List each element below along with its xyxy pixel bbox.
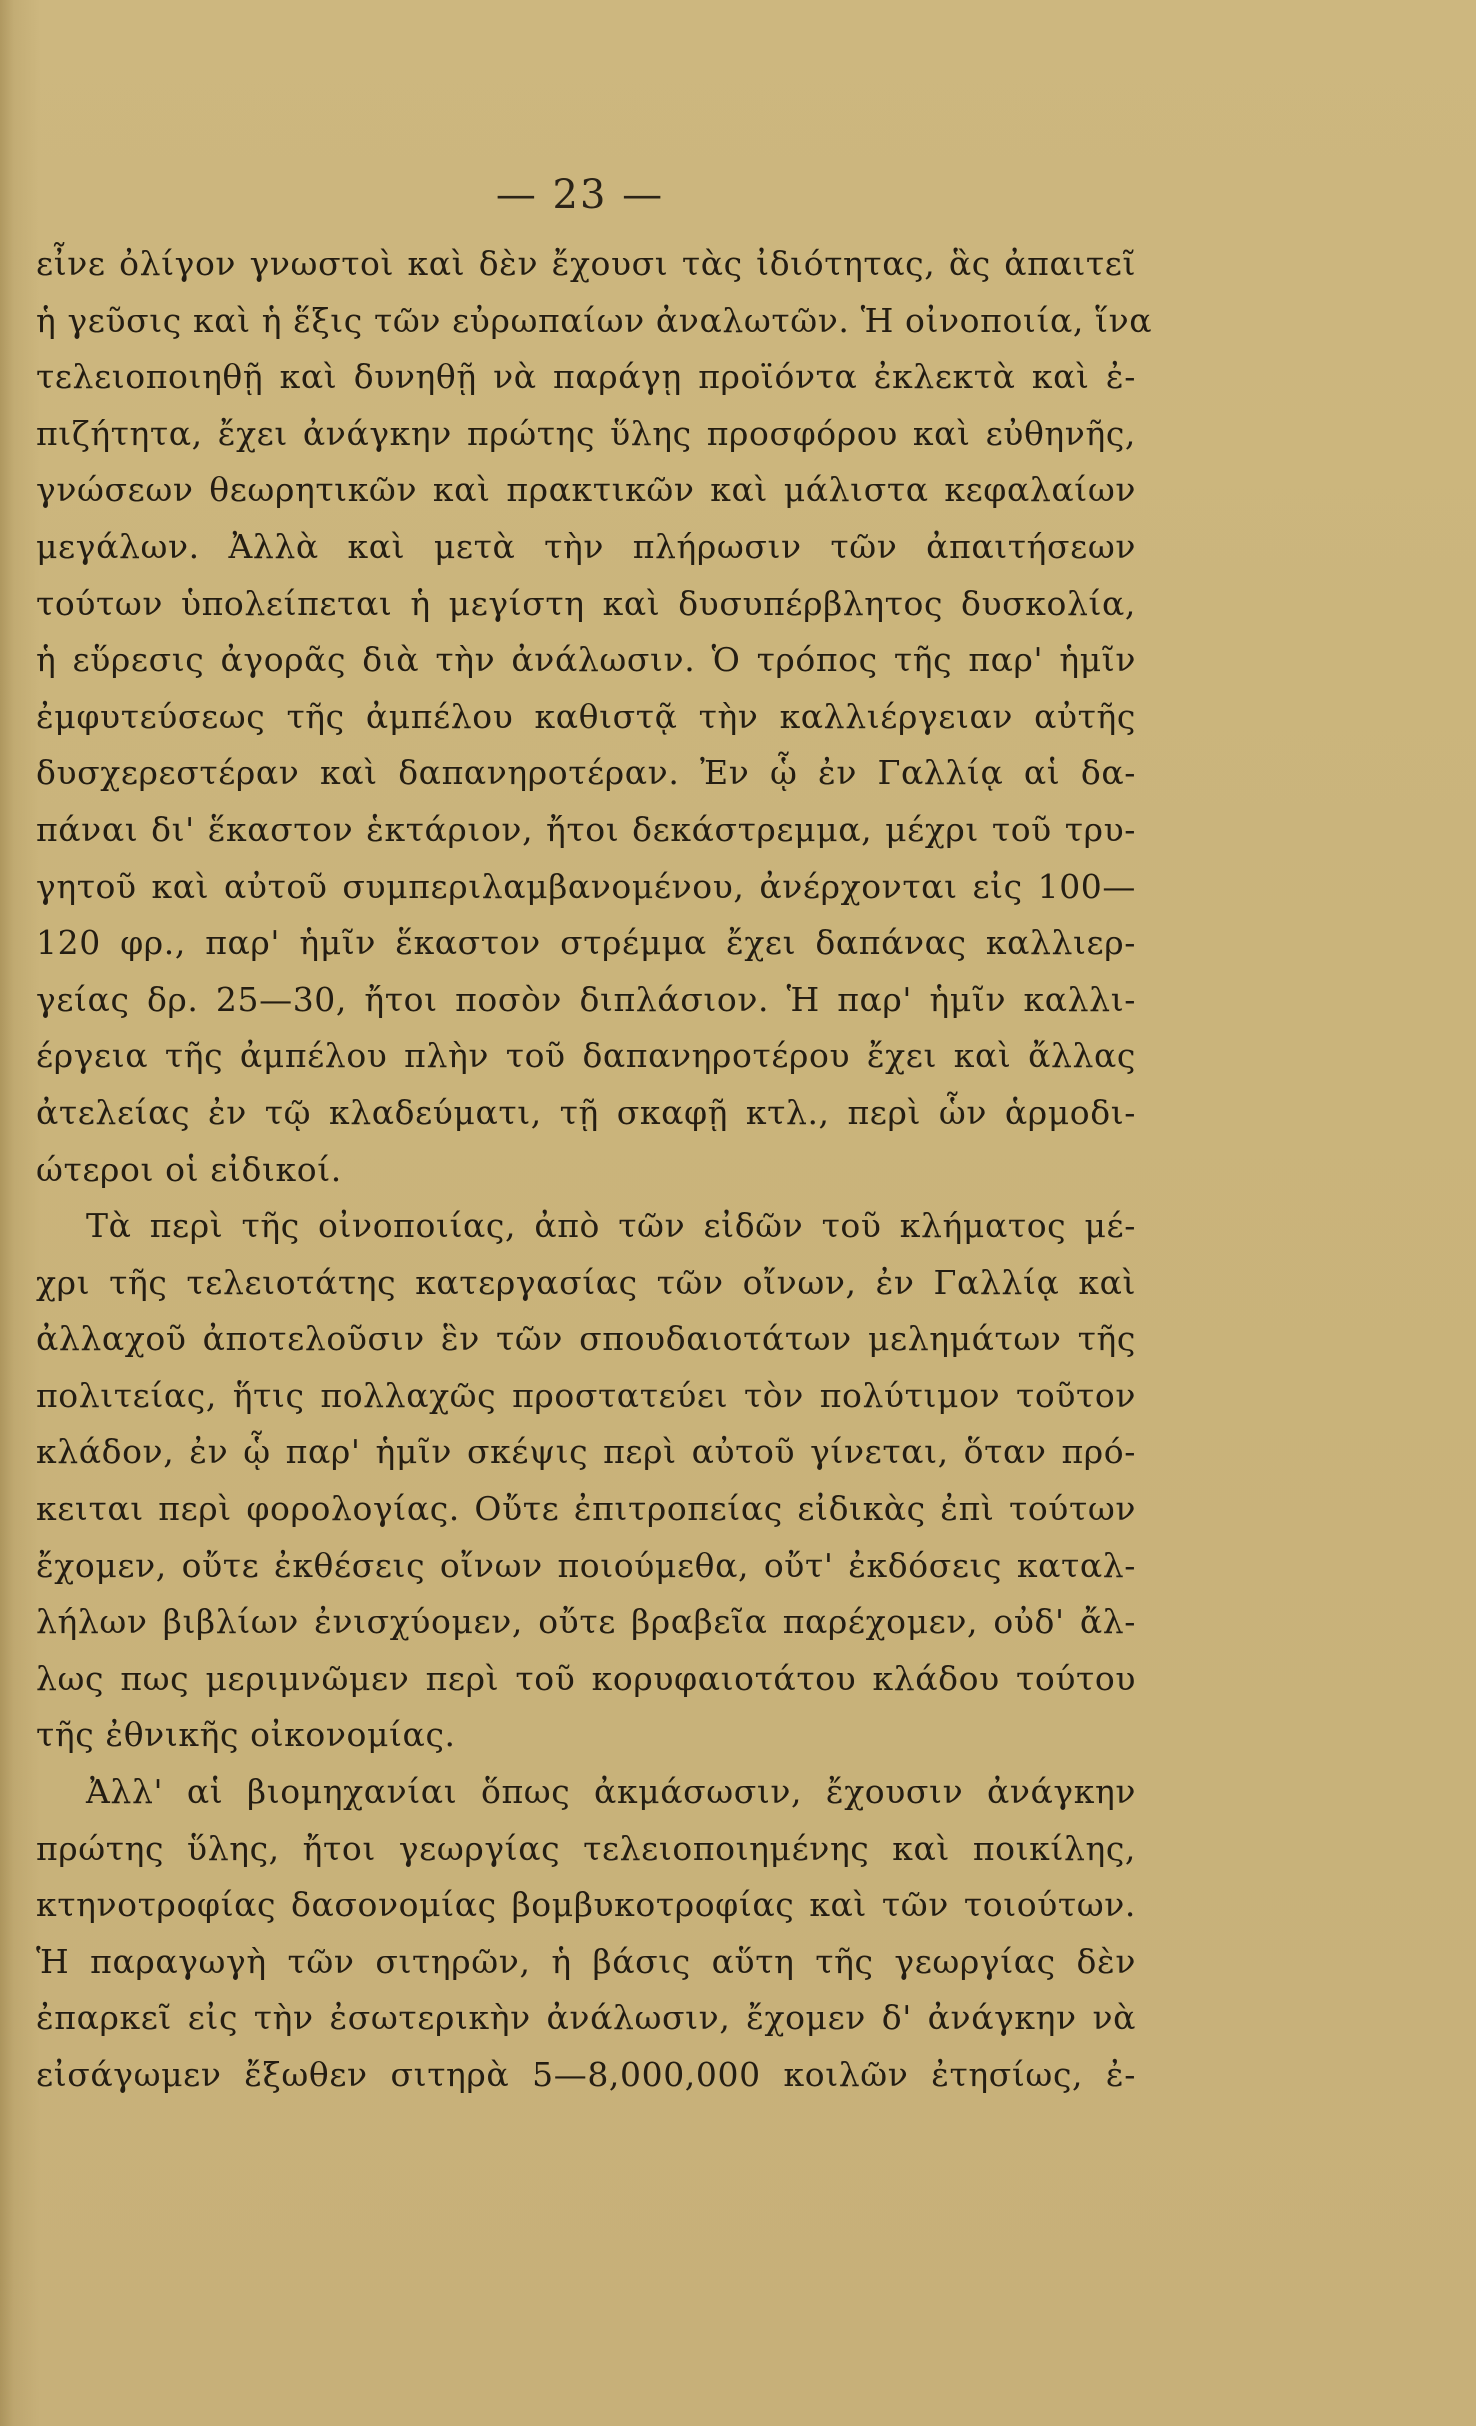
text-line: ἀλλαχοῦ ἀποτελοῦσιν ἓν τῶν σπουδαιοτάτων… (36, 1311, 1136, 1368)
text-line: γείας δρ. 25—30, ἤτοι ποσὸν διπλάσιον. Ἡ… (36, 972, 1136, 1029)
text-line: μεγάλων. Ἀλλὰ καὶ μετὰ τὴν πλήρωσιν τῶν … (36, 519, 1136, 576)
text-line: τούτων ὑπολείπεται ἡ μεγίστη καὶ δυσυπέρ… (36, 576, 1136, 633)
text-line: λως πως μεριμνῶμεν περὶ τοῦ κορυφαιοτάτο… (36, 1651, 1136, 1708)
text-line: έργεια τῆς ἀμπέλου πλὴν τοῦ δαπανηροτέρο… (36, 1028, 1136, 1085)
scanned-page: — 23 — εἶνε ὀλίγον γνωστοὶ καὶ δὲν ἔχουσ… (0, 0, 1476, 2426)
text-line: ώτεροι οἱ εἰδικοί. (36, 1142, 1136, 1199)
body-text: εἶνε ὀλίγον γνωστοὶ καὶ δὲν ἔχουσι τὰς ἰ… (36, 236, 1136, 2104)
text-line: Ἀλλ' αἱ βιομηχανίαι ὅπως ἀκμάσωσιν, ἔχου… (36, 1764, 1136, 1821)
text-line: δυσχερεστέραν καὶ δαπανηροτέραν. Ἐν ᾧ ἐν… (36, 745, 1136, 802)
text-line: 120 φρ., παρ' ἡμῖν ἕκαστον στρέμμα ἔχει … (36, 915, 1136, 972)
text-line: τῆς ἐθνικῆς οἰκονομίας. (36, 1707, 1136, 1764)
text-line: ἡ εὕρεσις ἀγορᾶς διὰ τὴν ἀνάλωσιν. Ὁ τρό… (36, 632, 1136, 689)
text-line: ἡ γεῦσις καὶ ἡ ἕξις τῶν εὐρωπαίων ἀναλωτ… (36, 293, 1136, 350)
paragraph-1: εἶνε ὀλίγον γνωστοὶ καὶ δὲν ἔχουσι τὰς ἰ… (36, 236, 1136, 1198)
text-line: πάναι δι' ἕκαστον ἑκτάριον, ἤτοι δεκάστρ… (36, 802, 1136, 859)
text-line: ἐπαρκεῖ εἰς τὴν ἐσωτερικὴν ἀνάλωσιν, ἔχο… (36, 1990, 1136, 2047)
text-line: Ἡ παραγωγὴ τῶν σιτηρῶν, ἡ βάσις αὕτη τῆς… (36, 1934, 1136, 1991)
text-line: κτηνοτροφίας δασονομίας βομβυκοτροφίας κ… (36, 1877, 1136, 1934)
paragraph-3: Ἀλλ' αἱ βιομηχανίαι ὅπως ἀκμάσωσιν, ἔχου… (36, 1764, 1136, 2104)
text-line: τελειοποιηθῇ καὶ δυνηθῇ νὰ παράγῃ προϊόν… (36, 349, 1136, 406)
text-line: γητοῦ καὶ αὐτοῦ συμπεριλαμβανομένου, ἀνέ… (36, 859, 1136, 916)
page-number: — 23 — (0, 172, 1160, 218)
text-line: λήλων βιβλίων ἐνισχύομεν, οὔτε βραβεῖα π… (36, 1594, 1136, 1651)
text-line: εἰσάγωμεν ἔξωθεν σιτηρὰ 5—8,000,000 κοιλ… (36, 2047, 1136, 2104)
text-line: ἀτελείας ἐν τῷ κλαδεύματι, τῇ σκαφῇ κτλ.… (36, 1085, 1136, 1142)
paragraph-2: Τὰ περὶ τῆς οἰνοποιίας, ἀπὸ τῶν εἰδῶν το… (36, 1198, 1136, 1764)
text-line: ἔχομεν, οὔτε ἐκθέσεις οἴνων ποιούμεθα, ο… (36, 1538, 1136, 1595)
text-line: κειται περὶ φορολογίας. Οὔτε ἐπιτροπείας… (36, 1481, 1136, 1538)
text-line: γνώσεων θεωρητικῶν καὶ πρακτικῶν καὶ μάλ… (36, 462, 1136, 519)
text-line: εἶνε ὀλίγον γνωστοὶ καὶ δὲν ἔχουσι τὰς ἰ… (36, 236, 1136, 293)
text-line: ἐμφυτεύσεως τῆς ἀμπέλου καθιστᾷ τὴν καλλ… (36, 689, 1136, 746)
text-line: πολιτείας, ἥτις πολλαχῶς προστατεύει τὸν… (36, 1368, 1136, 1425)
text-line: πρώτης ὕλης, ἤτοι γεωργίας τελειοποιημέν… (36, 1821, 1136, 1878)
text-line: χρι τῆς τελειοτάτης κατεργασίας τῶν οἴνω… (36, 1255, 1136, 1312)
text-line: κλάδον, ἐν ᾧ παρ' ἡμῖν σκέψις περὶ αὐτοῦ… (36, 1424, 1136, 1481)
text-line: Τὰ περὶ τῆς οἰνοποιίας, ἀπὸ τῶν εἰδῶν το… (36, 1198, 1136, 1255)
text-line: πιζήτητα, ἔχει ἀνάγκην πρώτης ὕλης προσφ… (36, 406, 1136, 463)
